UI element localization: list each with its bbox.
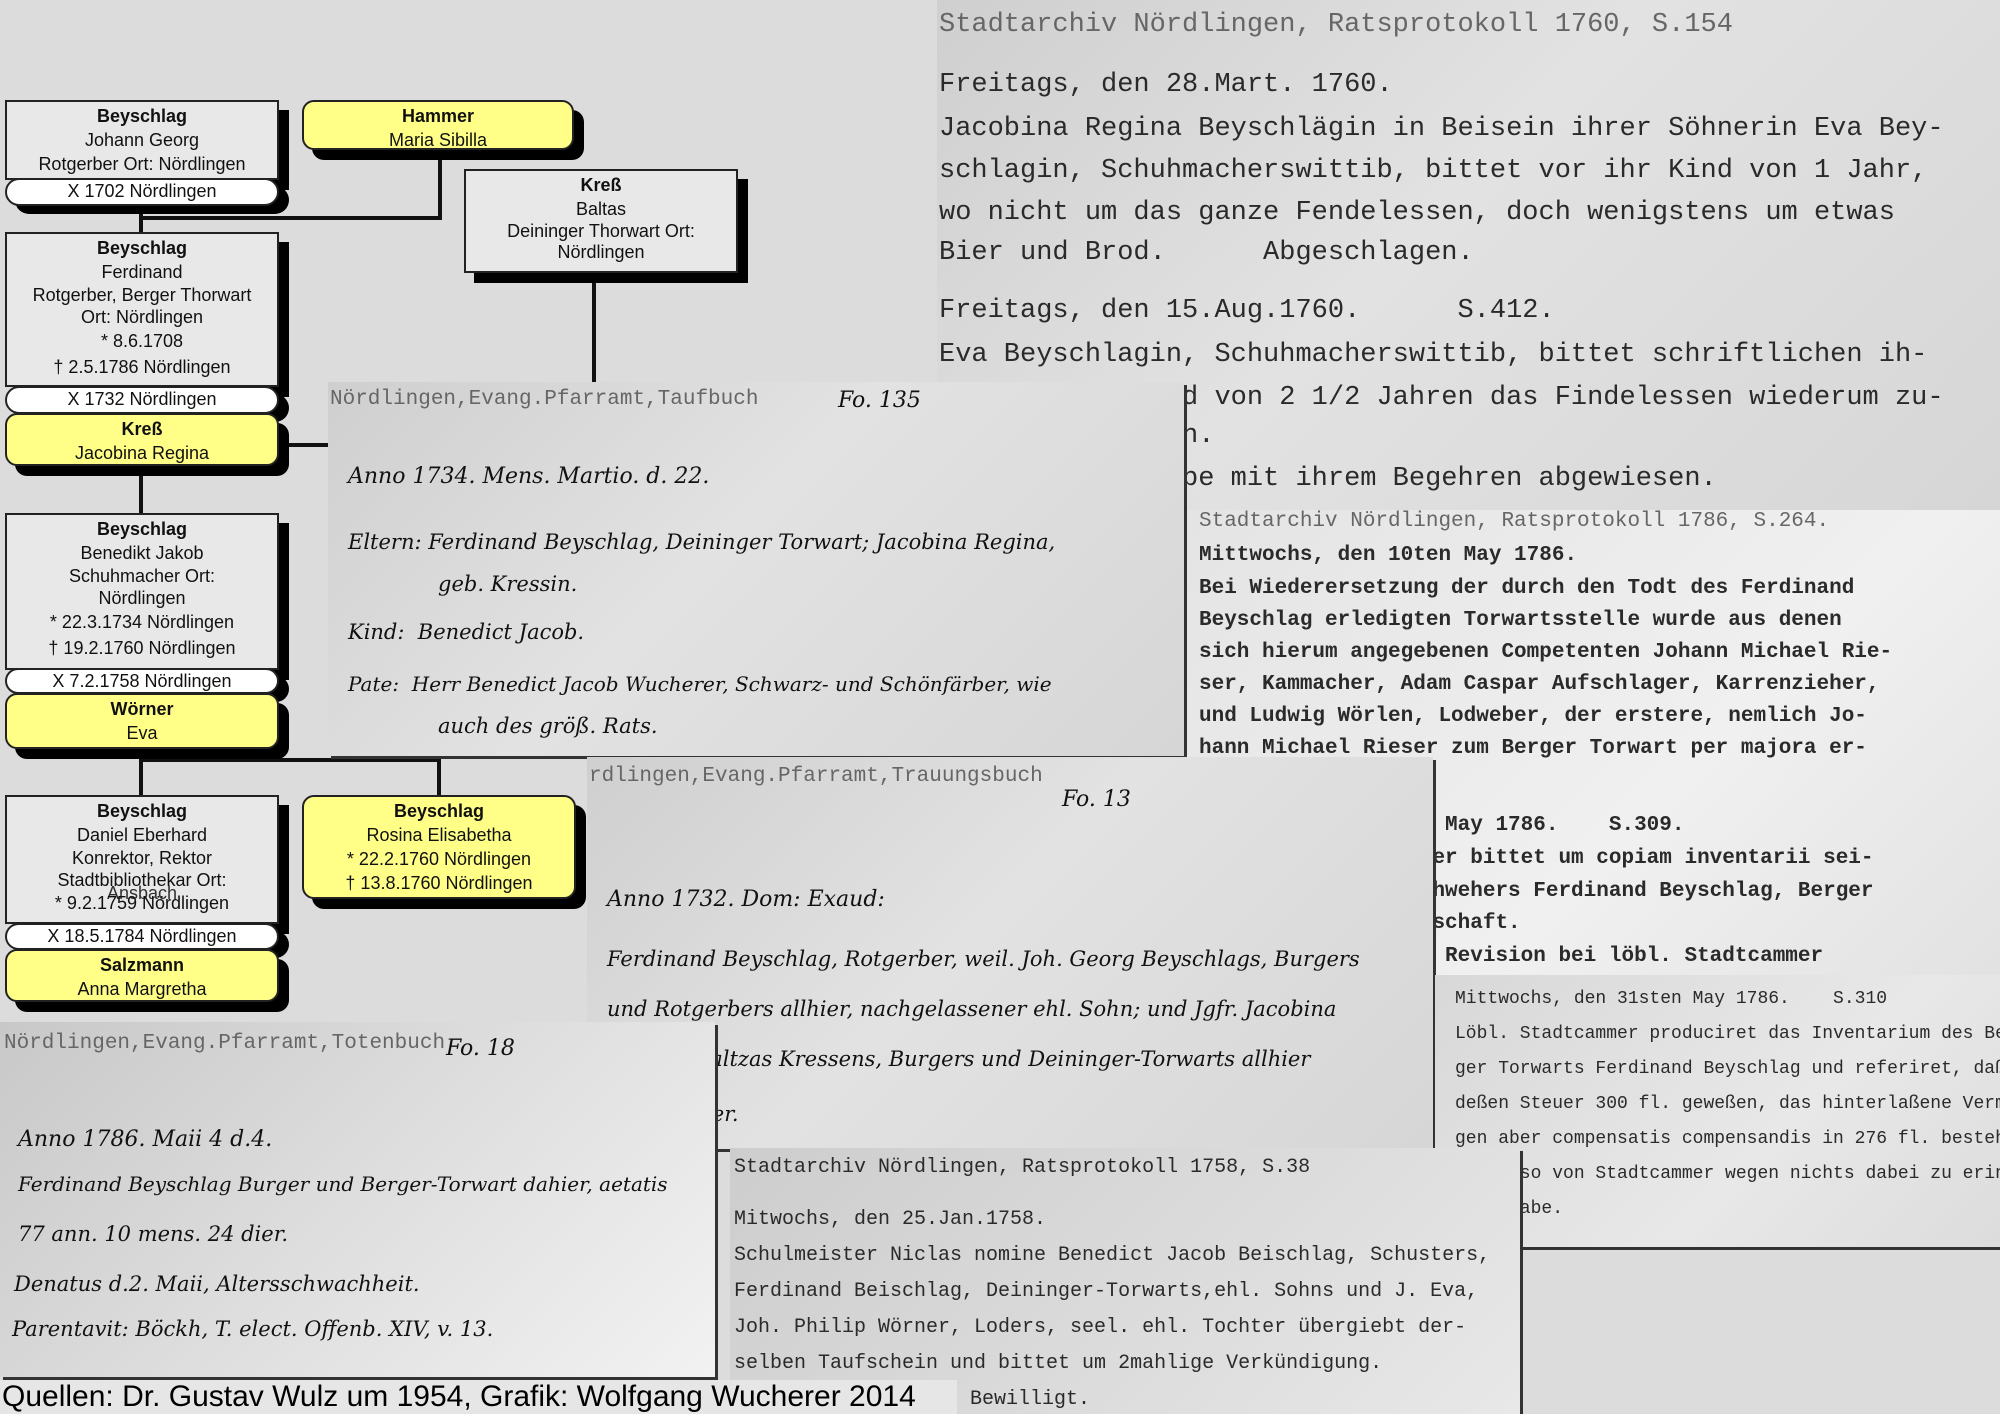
- doc-line: schlagin, Schuhmacherswittib, bittet vor…: [939, 156, 1927, 186]
- doc-line: män also von Stadtcammer wegen nichts da…: [1455, 1164, 2000, 1184]
- doc-header: Stadtarchiv Nördlingen, Ratsprotokoll 17…: [939, 10, 1733, 40]
- death: † 13.8.1760 Nördlingen: [304, 871, 574, 895]
- connector: [592, 272, 596, 384]
- doc-line: und Ludwig Wörlen, Lodweber, der erstere…: [1199, 705, 1867, 728]
- doc-line: Joh. Philip Wörner, Loders, seel. ehl. T…: [734, 1316, 1466, 1339]
- marriage-1702: X 1702 Nördlingen: [5, 178, 279, 206]
- surname: Beyschlag: [304, 799, 574, 823]
- doc-line: deßen Steuer 300 fl. geweßen, das hinter…: [1455, 1094, 2000, 1114]
- marriage-1784: X 18.5.1784 Nördlingen: [5, 923, 279, 950]
- doc-line: Freitags, den 28.Mart. 1760.: [939, 70, 1393, 100]
- doc-line: wo nicht um das ganze Fendelessen, doch …: [939, 198, 1895, 228]
- given-name: Benedikt Jakob: [7, 541, 277, 565]
- doc-line: Mitwochs, den 25.Jan.1758.: [734, 1208, 1046, 1231]
- doc-folio: Fo. 13: [1062, 787, 1131, 812]
- person-eva-woerner: Wörner Eva: [5, 693, 279, 749]
- given-name: Baltas: [466, 197, 736, 221]
- connector: [139, 465, 143, 515]
- doc-line: Eltern: Ferdinand Beyschlag, Deininger T…: [348, 530, 1055, 554]
- doc-line: Parentavit: Böckh, T. elect. Offenb. XIV…: [12, 1317, 493, 1341]
- given-name: Daniel Eberhard: [7, 823, 277, 847]
- doc-totenbuch: Nördlingen,Evang.Pfarramt,Totenbuch Fo. …: [0, 1022, 715, 1377]
- doc-header: Stadtarchiv Nördlingen, Ratsprotokoll 17…: [1199, 510, 1829, 533]
- doc-line: Ferdinand Beyschlag, Rotgerber, weil. Jo…: [607, 947, 1360, 971]
- connector: [139, 758, 441, 762]
- doc-header: Nördlingen,Evang.Pfarramt,Totenbuch: [4, 1032, 445, 1055]
- doc-header: rdlingen,Evang.Pfarramt,Trauungsbuch: [589, 765, 1043, 788]
- place-overlap: Ansbach: [7, 881, 277, 905]
- doc-line: geb. Kressin.: [438, 572, 577, 596]
- occupation: Konrektor, Rektor: [7, 847, 277, 869]
- given-name: Johann Georg: [7, 128, 277, 152]
- given-name: Rosina Elisabetha: [304, 823, 574, 847]
- doc-line: ser, Kammacher, Adam Caspar Aufschlager,…: [1199, 673, 1880, 696]
- death: † 19.2.1760 Nördlingen: [7, 636, 277, 660]
- person-rosina-elisabetha-beyschlag: Beyschlag Rosina Elisabetha * 22.2.1760 …: [302, 795, 576, 899]
- connector: [438, 148, 442, 220]
- occupation: Rotgerber, Berger Thorwart: [7, 284, 277, 306]
- doc-line: gen aber compensatis compensandis in 276…: [1455, 1129, 2000, 1149]
- doc-line: Bei Wiederersetzung der durch den Todt d…: [1199, 577, 1854, 600]
- surname: Beyschlag: [7, 104, 277, 128]
- doc-line: Bewilligt.: [970, 1388, 1090, 1411]
- doc-line: Eva Beyschlagin, Schuhmacherswittib, bit…: [939, 340, 1927, 370]
- doc-line: Schulmeister Niclas nomine Benedict Jaco…: [734, 1244, 1490, 1267]
- doc-folio: Fo. 18: [446, 1036, 515, 1061]
- place: Ort: Nördlingen: [7, 306, 277, 328]
- person-daniel-eberhard-beyschlag: Beyschlag Daniel Eberhard Konrektor, Rek…: [5, 795, 279, 924]
- death: † 2.5.1786 Nördlingen: [7, 355, 277, 379]
- doc-folio: Fo. 135: [838, 388, 921, 413]
- connector: [437, 758, 441, 796]
- surname: Kreß: [466, 173, 736, 197]
- birth: * 8.6.1708: [7, 328, 277, 355]
- place: Nördlingen: [466, 242, 736, 263]
- marriage-1732: X 1732 Nördlingen: [5, 386, 279, 414]
- surname: Beyschlag: [7, 799, 277, 823]
- doc-line: Anno 1732. Dom: Exaud:: [607, 887, 885, 912]
- occupation: Deininger Thorwart Ort:: [466, 221, 736, 242]
- doc-header: Stadtarchiv Nördlingen, Ratsprotokoll 17…: [734, 1156, 1310, 1179]
- doc-line: Mittwochs, den 31sten May 1786. S.310: [1455, 989, 1887, 1009]
- doc-line: Denatus d.2. Maii, Altersschwachheit.: [14, 1272, 420, 1296]
- given-name: Maria Sibilla: [304, 128, 572, 152]
- surname: Wörner: [7, 697, 277, 721]
- doc-taufbuch: Nördlingen,Evang.Pfarramt,Taufbuch Fo. 1…: [328, 382, 1184, 756]
- surname: Hammer: [304, 104, 572, 128]
- connector: [139, 216, 442, 220]
- surname: Beyschlag: [7, 517, 277, 541]
- doc-line: Kind: Benedict Jacob.: [348, 620, 584, 644]
- doc-ratsprotokoll-1758: Stadtarchiv Nördlingen, Ratsprotokoll 17…: [730, 1148, 1520, 1414]
- given-name: Eva: [7, 721, 277, 745]
- doc-line: auch des größ. Rats.: [438, 714, 658, 738]
- birth: * 22.3.1734 Nördlingen: [7, 609, 277, 636]
- doc-line: Pate: Herr Benedict Jacob Wucherer, Schw…: [348, 672, 1052, 696]
- surname: Beyschlag: [7, 236, 277, 260]
- marriage-1758: X 7.2.1758 Nördlingen: [5, 668, 279, 694]
- occupation: Schuhmacher Ort:: [7, 565, 277, 587]
- doc-line: Anno 1786. Maii 4 d.4.: [18, 1127, 272, 1152]
- doc-line: Ferdinand Beyschlag Burger und Berger-To…: [18, 1172, 668, 1196]
- doc-line: Löbl. Stadtcammer produciret das Inventa…: [1455, 1024, 2000, 1044]
- source-caption: Quellen: Dr. Gustav Wulz um 1954, Grafik…: [0, 1380, 957, 1414]
- person-johann-georg-beyschlag: Beyschlag Johann Georg Rotgerber Ort: Nö…: [5, 100, 279, 180]
- person-jacobina-regina-kress: Kreß Jacobina Regina: [5, 413, 279, 466]
- place: Nördlingen: [7, 587, 277, 609]
- person-baltas-kress: Kreß Baltas Deininger Thorwart Ort: Nörd…: [464, 169, 738, 273]
- given-name: Ferdinand: [7, 260, 277, 284]
- doc-line: Bier und Brod. Abgeschlagen.: [939, 238, 1474, 268]
- doc-line: Freitags, den 15.Aug.1760. S.412.: [939, 296, 1555, 326]
- occupation: Rotgerber Ort: Nördlingen: [7, 152, 277, 176]
- doc-line: ger Torwarts Ferdinand Beyschlag und ref…: [1455, 1059, 2000, 1079]
- person-anna-margretha-salzmann: Salzmann Anna Margretha: [5, 949, 279, 1002]
- doc-line: Beyschlag erledigten Torwartsstelle wurd…: [1199, 609, 1842, 632]
- doc-line: Ferdinand Beischlag, Deininger-Torwarts,…: [734, 1280, 1478, 1303]
- surname: Kreß: [7, 417, 277, 441]
- doc-line: Anno 1734. Mens. Martio. d. 22.: [348, 464, 709, 489]
- doc-line: Mittwochs, den 10ten May 1786.: [1199, 544, 1577, 567]
- birth: * 22.2.1760 Nördlingen: [304, 847, 574, 871]
- person-ferdinand-beyschlag: Beyschlag Ferdinand Rotgerber, Berger Th…: [5, 232, 279, 387]
- person-benedikt-jakob-beyschlag: Beyschlag Benedikt Jakob Schuhmacher Ort…: [5, 513, 279, 670]
- doc-line: 77 ann. 10 mens. 24 dier.: [18, 1222, 288, 1246]
- doc-line: Jacobina Regina Beyschlägin in Beisein i…: [939, 114, 1944, 144]
- doc-line: sich hierum angegebenen Competenten Joha…: [1199, 641, 1892, 664]
- surname: Salzmann: [7, 953, 277, 977]
- connector: [139, 205, 143, 235]
- doc-header: Nördlingen,Evang.Pfarramt,Taufbuch: [330, 388, 758, 411]
- connector: [278, 443, 330, 447]
- person-maria-sibilla-hammer: Hammer Maria Sibilla: [302, 100, 574, 150]
- given-name: Anna Margretha: [7, 977, 277, 1001]
- doc-line: selben Taufschein und bittet um 2mahlige…: [734, 1352, 1382, 1375]
- given-name: Jacobina Regina: [7, 441, 277, 465]
- doc-line: und Rotgerbers allhier, nachgelassener e…: [607, 997, 1336, 1021]
- connector: [139, 748, 143, 796]
